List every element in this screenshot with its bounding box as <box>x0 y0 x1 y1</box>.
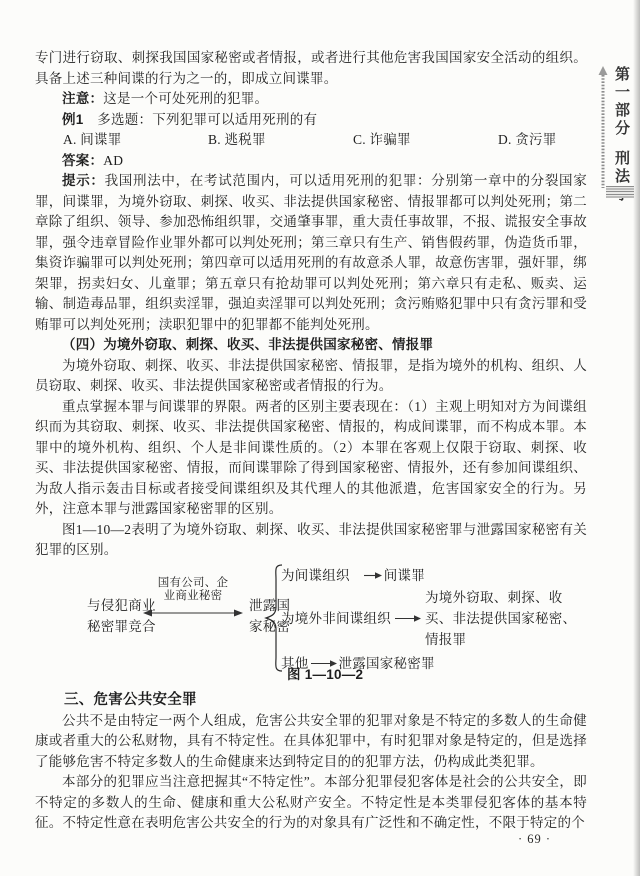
branch2-result: 为境外窃取、刺探、收 买、非法提供国家秘密、 情报罪 <box>425 587 576 650</box>
section-heading: 三、危害公共安全罪 <box>35 689 587 711</box>
hint-text: 我国刑法中，在考试范围内，可以适用死刑的犯罪：分别第一章中的分裂国家罪，间谍罪，… <box>35 173 587 332</box>
branch1-result: 间谍罪 <box>384 565 425 586</box>
figure-edge: 国有公司、企 业商业秘密 <box>139 577 247 618</box>
note-line: 注意：这是一个可处死刑的犯罪。 <box>35 89 587 110</box>
paragraph-distinction: 重点掌握本罪与间谍罪的界限。两者的区别主要表现在：（1）主观上明知对方为间谍组织… <box>35 397 587 520</box>
paragraph-public-safety-2: 本部分的犯罪应当注意把握其“不特定性”。本部分犯罪侵犯客体是社会的公共安全，即不… <box>35 772 587 834</box>
option-b: B. 逃税罪 <box>208 130 353 151</box>
page-number: · 69 · <box>518 832 551 847</box>
double-arrow-icon <box>143 608 243 618</box>
arrow-right-icon <box>395 614 421 623</box>
note-text: 这是一个可处死刑的犯罪。 <box>103 91 268 106</box>
margin-tab-title: 第一部分刑法学 <box>610 66 632 204</box>
option-d: D. 贪污罪 <box>498 130 557 151</box>
option-a: A. 间谍罪 <box>63 130 208 151</box>
answer-line: 答案：AD <box>35 151 587 172</box>
paragraph-figure-ref: 图1—10—2表明了为境外窃取、刺探、收买、非法提供国家秘密罪与泄露国家秘密有关… <box>35 520 587 561</box>
subsection-heading: （四）为境外窃取、刺探、收买、非法提供国家秘密、情报罪 <box>35 335 587 356</box>
figure-caption: 图 1—10—2 <box>287 665 363 686</box>
figure-branch-2: 为境外非间谍组织 为境外窃取、刺探、收 买、非法提供国家秘密、 情报罪 <box>281 587 576 650</box>
figure-1-10-2: 与侵犯商业 秘密罪竞合 国有公司、企 业商业秘密 泄露国 家秘密 为间谍组织 <box>35 563 587 687</box>
paragraph-definition: 为境外窃取、刺探、收买、非法提供国家秘密、情报罪，是指为境外的机构、组织、人员窃… <box>35 356 587 397</box>
book-page: 第一部分刑法学 专门进行窃取、刺探我国国家秘密或者情报，或者进行其他危害我国国家… <box>0 0 640 876</box>
paragraph-public-safety-1: 公共不是由特定一两个人组成，危害公共安全罪的犯罪对象是不特定的多数人的生命健康或… <box>35 711 587 773</box>
figure-branch-1: 为间谍组织 间谍罪 <box>281 565 425 586</box>
figure-edge-label: 国有公司、企 业商业秘密 <box>139 577 247 603</box>
answer-label: 答案： <box>62 153 103 168</box>
note-label: 注意： <box>62 91 103 106</box>
margin-tab: 第一部分刑法学 <box>598 66 632 204</box>
option-row: A. 间谍罪 B. 逃税罪 C. 诈骗罪 D. 贪污罪 <box>35 130 587 151</box>
part-label: 第一部分 <box>613 66 629 138</box>
option-c: C. 诈骗罪 <box>353 130 498 151</box>
example-label: 例1 <box>62 112 84 127</box>
example-line: 例1 多选题：下列犯罪可以适用死刑的有 <box>35 110 587 131</box>
page-spine-shadow <box>633 0 640 876</box>
branch1-label: 为间谍组织 <box>281 565 350 586</box>
hint-label: 提示： <box>62 173 105 188</box>
up-arrow-icon <box>598 66 608 188</box>
margin-tab-hatch <box>606 186 634 198</box>
paragraph-intro: 专门进行窃取、刺探我国国家秘密或者情报，或者进行其他危害我国国家安全活动的组织。… <box>35 48 587 89</box>
branch2-label: 为境外非间谍组织 <box>281 608 391 629</box>
arrow-right-icon <box>364 571 382 580</box>
answer-text: AD <box>103 153 123 168</box>
hint-paragraph: 提示：我国刑法中，在考试范围内，可以适用死刑的犯罪：分别第一章中的分裂国家罪，间… <box>35 171 587 335</box>
example-text: 多选题：下列犯罪可以适用死刑的有 <box>84 112 318 127</box>
main-text-column: 专门进行窃取、刺探我国国家秘密或者情报，或者进行其他危害我国国家安全活动的组织。… <box>35 48 587 834</box>
